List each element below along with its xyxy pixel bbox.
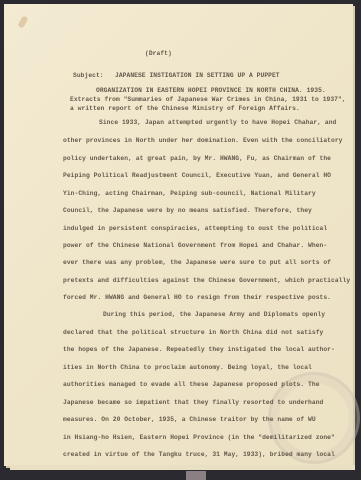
body-line: Since 1933, Japan attempted urgently to … xyxy=(99,119,336,126)
body-line: ever there was any problem, the Japanese… xyxy=(63,259,331,266)
body-line: authorities managed to evade all these J… xyxy=(63,381,320,388)
body-line: pretexts and difficulties against the Ch… xyxy=(63,277,350,284)
body-line: Peiping Political Readjustment Council, … xyxy=(63,172,331,179)
body-line: other provinces in North under her domin… xyxy=(63,137,343,144)
body-line: Japanese became so impatient that they f… xyxy=(63,399,323,406)
body-line: created in virtue of the Tangku truce, 3… xyxy=(63,451,335,458)
background-tab xyxy=(186,471,206,480)
page-edge xyxy=(10,465,355,470)
body-line: measures. On 20 October, 1935, a Chinese… xyxy=(63,416,316,423)
body-line: in Hsiang-ho Hsien, Eastern Hopei Provin… xyxy=(63,434,335,441)
subject-label: Subject: xyxy=(73,72,104,79)
subject-title-line-2: ORGANIZATION IN EASTERN HOPEI PROVINCE I… xyxy=(96,87,326,94)
body-line: During this period, the Japanese Army an… xyxy=(103,311,325,318)
body-line: declared that the political structure in… xyxy=(63,329,323,336)
body-line: indulged in persistent conspiracies, att… xyxy=(63,225,327,232)
body-line: Council, the Japanese were by no means s… xyxy=(63,207,312,214)
body-line: policy undertaken, at great pain, by Mr.… xyxy=(63,155,331,162)
subject-title-line-1: JAPANESE INSTIGATION IN SETTING UP A PUP… xyxy=(115,72,280,79)
body-line: power of the Chinese National Government… xyxy=(63,242,327,249)
body-line: ities in North China to proclaim autonom… xyxy=(63,364,312,371)
body-line: the hopes of the Japanese. Repeatedly th… xyxy=(63,346,335,353)
body-line: forced Mr. HWANG and General HO to resig… xyxy=(63,294,331,301)
draft-header: (Draft) xyxy=(145,50,172,57)
source-line-1: Extracts from "Summaries of Japanese War… xyxy=(70,96,346,103)
body-line: Yin-Ching, acting Chairman, Peiping sub-… xyxy=(63,190,316,197)
source-line-2: a written report of the Chinese Ministry… xyxy=(70,105,300,112)
